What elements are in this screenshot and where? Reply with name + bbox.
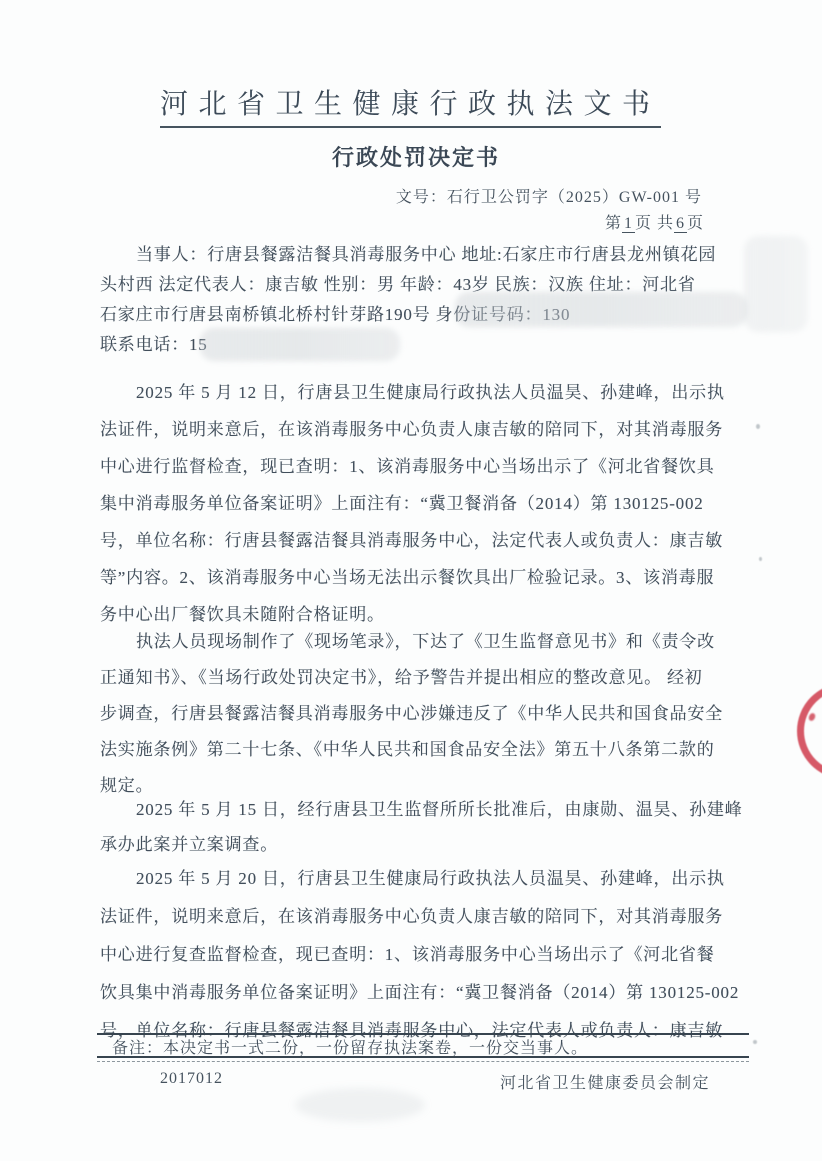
- issuer-label: 河北省卫生健康委员会制定: [500, 1070, 710, 1093]
- form-code: 2017012: [160, 1070, 223, 1088]
- text-line: 法证件，说明来意后，在该消毒服务中心负责人康吉敏的陪同下，对其消毒服务: [100, 898, 736, 936]
- paragraph-reinspection-may20: 2025 年 5 月 20 日，行唐县卫生健康局行政执法人员温昊、孙建峰，出示执…: [100, 860, 736, 1050]
- scan-speck: [756, 424, 760, 429]
- scanned-document-page: 河北省卫生健康行政执法文书 行政处罚决定书 文号：石行卫公罚字（2025）GW-…: [0, 0, 822, 1161]
- scan-speck: [753, 1040, 757, 1044]
- text-line: 2025 年 5 月 20 日，行唐县卫生健康局行政执法人员温昊、孙建峰，出示执: [100, 860, 736, 898]
- page-indicator: 第1页 共6页: [605, 210, 704, 233]
- current-page-number: 1: [622, 215, 635, 233]
- paragraph-enforcement-documents: 执法人员现场制作了《现场笔录》，下达了《卫生监督意见书》和《责令改正通知书》、《…: [100, 624, 736, 804]
- phone-number-redaction-blur: [200, 328, 400, 361]
- document-title: 行政处罚决定书: [100, 141, 732, 172]
- text-line: 法实施条例》第二十七条、《中华人民共和国食品安全法》第五十八条第二款的: [100, 732, 736, 768]
- page-prefix: 第: [605, 215, 622, 232]
- id-number-redaction-blur: [455, 292, 747, 327]
- text-line: 2025 年 5 月 12 日，行唐县卫生健康局行政执法人员温昊、孙建峰，出示执: [100, 374, 736, 411]
- paragraph-inspection-may12: 2025 年 5 月 12 日，行唐县卫生健康局行政执法人员温昊、孙建峰，出示执…: [100, 374, 736, 633]
- text-line: 集中消毒服务单位备案证明》上面注有：“冀卫餐消备（2014）第 130125-0…: [100, 485, 736, 522]
- footer-divider-bottom: [97, 1056, 749, 1058]
- text-line: 承办此案并立案调查。: [100, 827, 736, 862]
- text-line: 中心进行复查监督检查，现已查明：1、该消毒服务中心当场出示了《河北省餐: [100, 936, 736, 974]
- total-page-number: 6: [674, 215, 687, 233]
- right-margin-redaction-blur: [744, 236, 808, 332]
- paragraph-case-filing-may15: 2025 年 5 月 15 日，经行唐县卫生监督所所长批准后，由康勋、温昊、孙建…: [100, 792, 736, 862]
- text-line: 等”内容。2、该消毒服务中心当场无法出示餐饮具出厂检验记录。3、该消毒服: [100, 559, 736, 596]
- scan-smudge: [295, 1088, 425, 1122]
- document-number: 文号：石行卫公罚字（2025）GW-001 号: [396, 184, 702, 207]
- text-line: 正通知书》、《当场行政处罚决定书》，给予警告并提出相应的整改意见。 经初: [100, 660, 736, 696]
- text-line: 2025 年 5 月 15 日，经行唐县卫生监督所所长批准后，由康勋、温昊、孙建…: [100, 792, 736, 827]
- text-line: 号，单位名称：行唐县餐露洁餐具消毒服务中心，法定代表人或负责人：康吉敏: [100, 522, 736, 559]
- text-line: 法证件，说明来意后，在该消毒服务中心负责人康吉敏的陪同下，对其消毒服务: [100, 411, 736, 448]
- text-line: 中心进行监督检查，现已查明：1、该消毒服务中心当场出示了《河北省餐饮具: [100, 448, 736, 485]
- footer-divider-bottom-dashed: [97, 1061, 749, 1062]
- text-line: 步调查，行唐县餐露洁餐具消毒服务中心涉嫌违反了《中华人民共和国食品安全: [100, 696, 736, 732]
- text-line: 执法人员现场制作了《现场笔录》，下达了《卫生监督意见书》和《责令改: [100, 624, 736, 660]
- scan-speck: [759, 557, 762, 561]
- official-red-seal-partial-icon: [797, 683, 822, 779]
- text-line: 饮具集中消毒服务单位备案证明》上面注有：“冀卫餐消备（2014）第 130125…: [100, 974, 736, 1012]
- page-middle: 页 共: [635, 215, 674, 232]
- text-line: 当事人：行唐县餐露洁餐具消毒服务中心 地址:石家庄市行唐县龙州镇花园: [100, 240, 736, 270]
- footer-note: 备注：本决定书一式二份，一份留存执法案卷，一份交当事人。: [112, 1035, 588, 1058]
- letterhead-title: 河北省卫生健康行政执法文书: [160, 82, 661, 128]
- page-suffix: 页: [687, 215, 704, 232]
- text-line: 联系电话：15: [100, 330, 736, 360]
